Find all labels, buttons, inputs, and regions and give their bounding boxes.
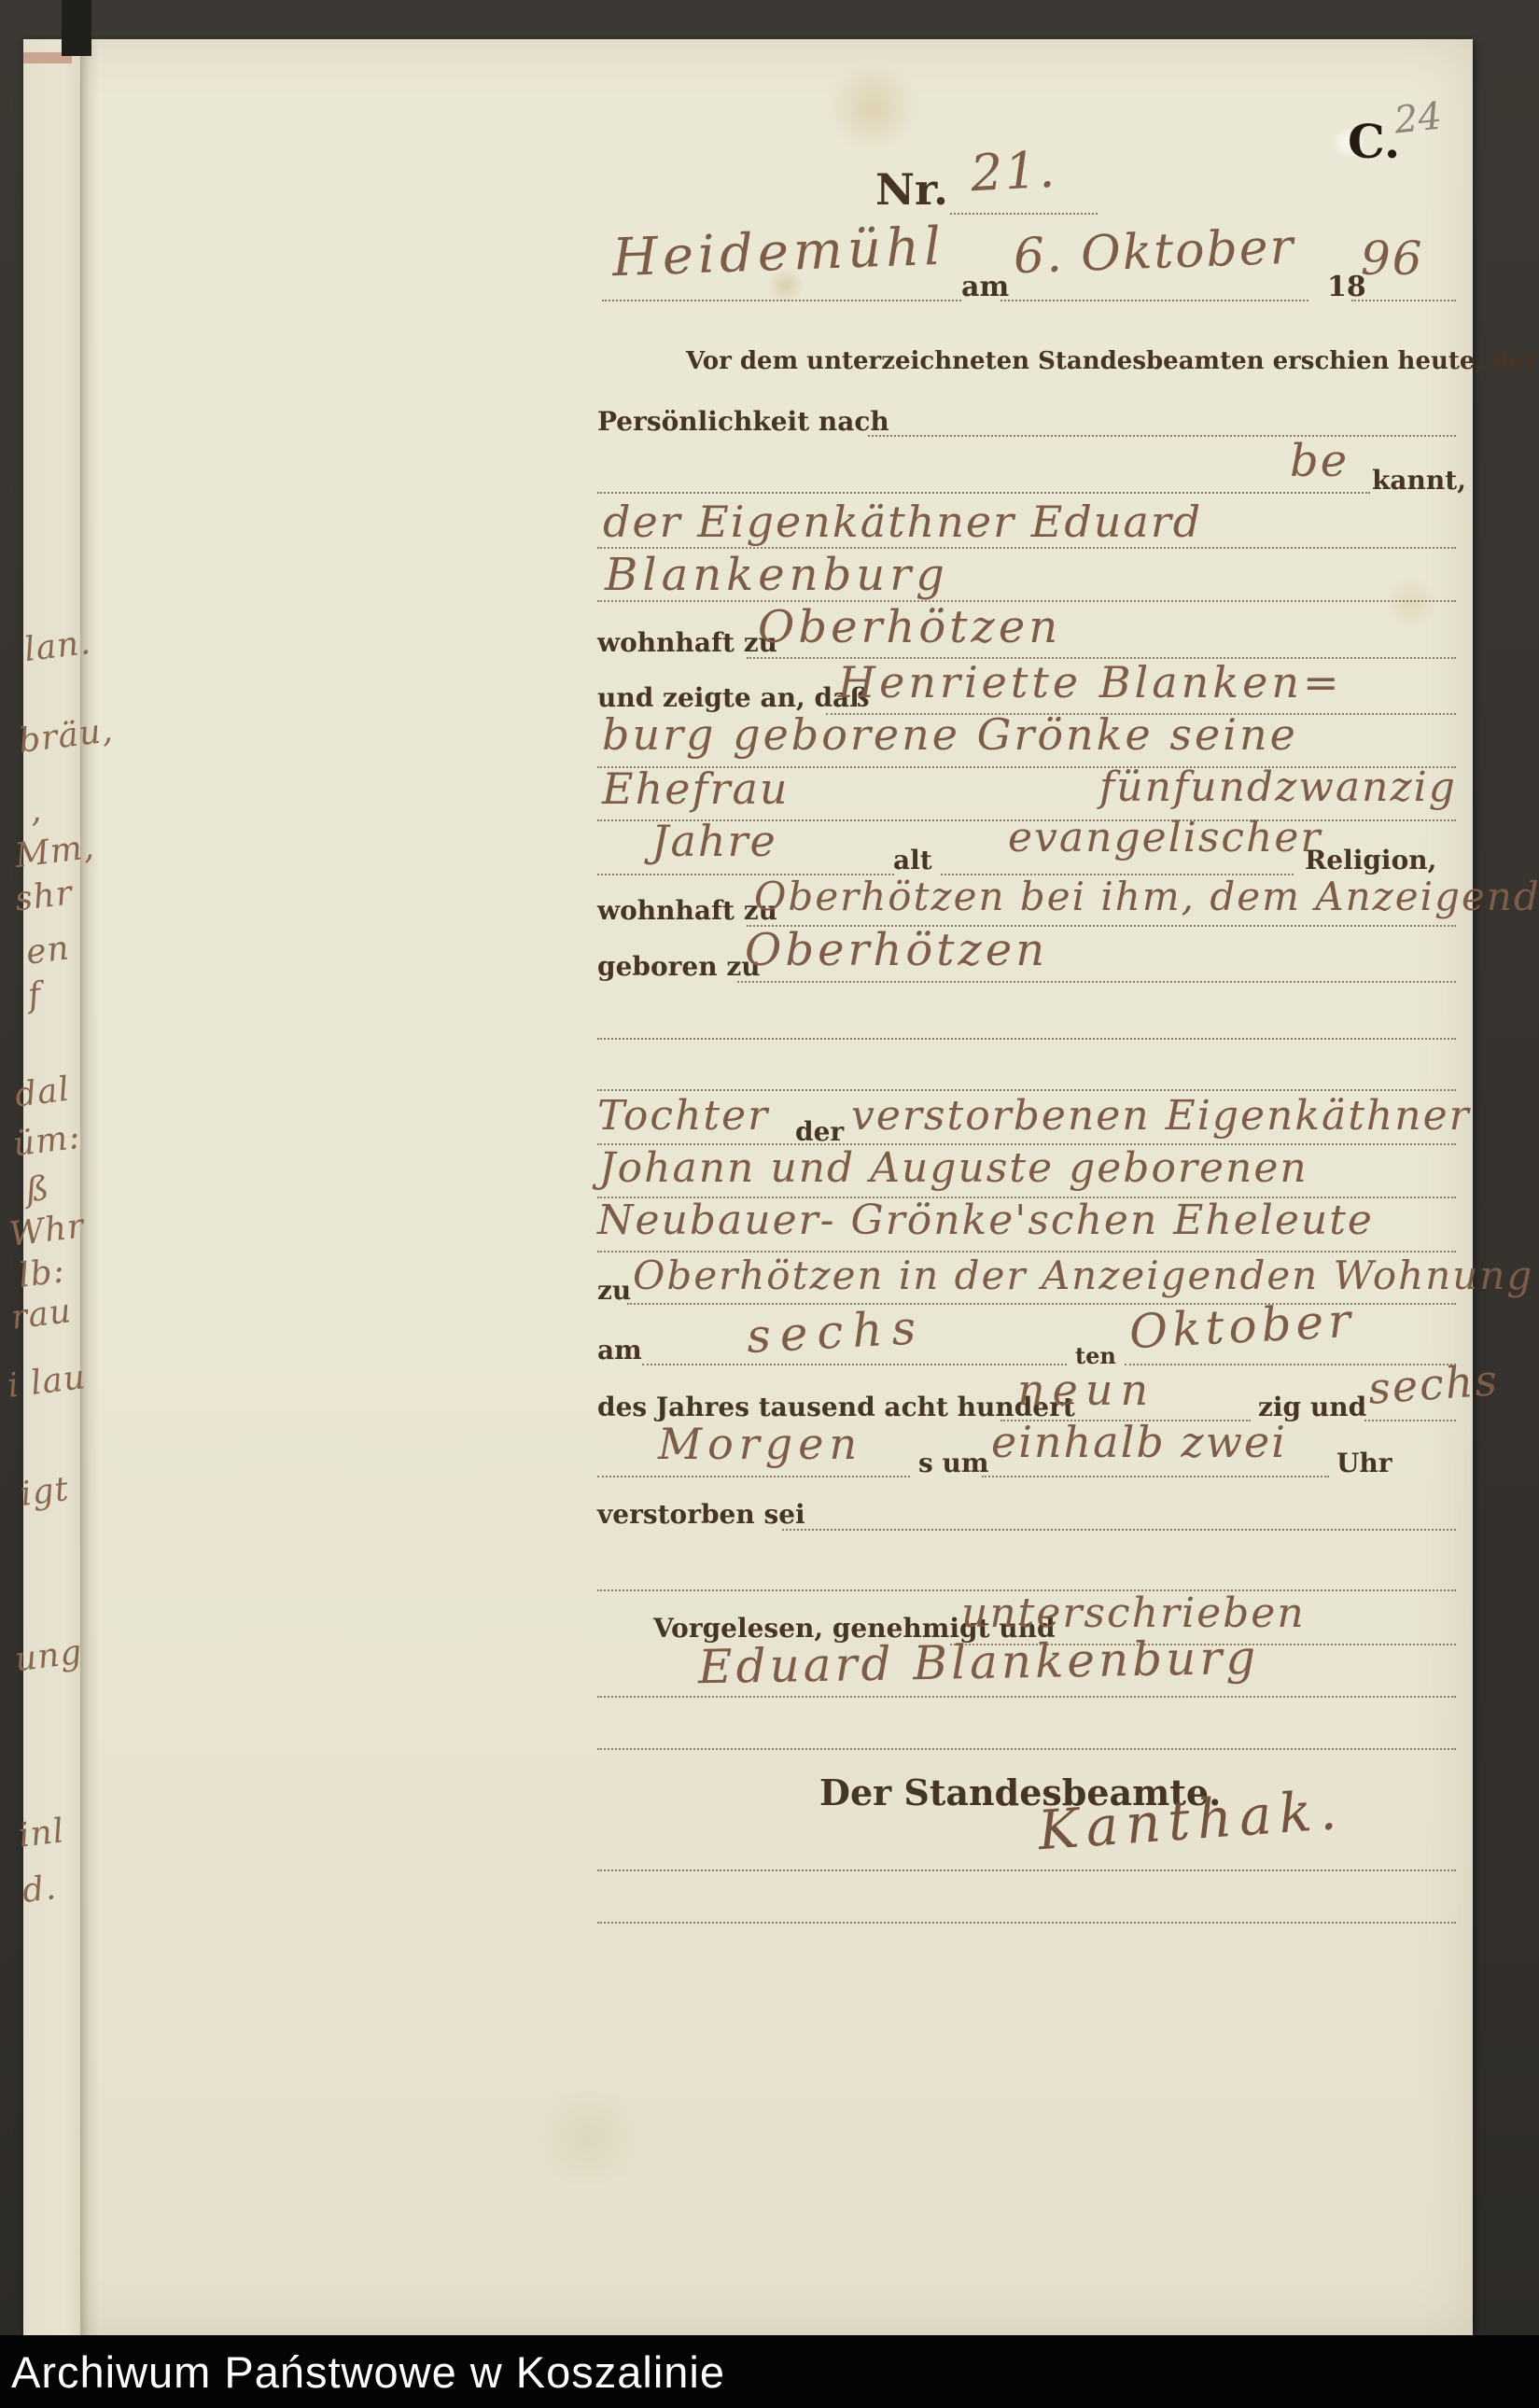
jahre-handwritten: Jahre [651, 816, 777, 866]
zu-label: zu [597, 1275, 631, 1306]
dotted-rule [1351, 300, 1456, 301]
stain-spot [523, 2091, 653, 2184]
margin-fragment: lb: [17, 1252, 67, 1295]
dotted-rule [950, 213, 1098, 215]
form-intro-line: Vor dem unterzeichneten Standesbeamten e… [686, 347, 1537, 375]
dotted-rule [1364, 1420, 1456, 1421]
record-number-value: 21. [969, 140, 1057, 203]
parents-line2: Johann und Auguste geborenen [599, 1144, 1308, 1192]
deceased-residence: Oberhötzen bei ihm, dem Anzeigenden, [754, 874, 1539, 919]
binding-notch [62, 0, 91, 56]
am2-label: am [597, 1335, 642, 1365]
margin-fragment: ung [13, 1633, 85, 1680]
margin-fragment: rau [9, 1292, 74, 1337]
registry-date: 6. Oktober [1013, 219, 1295, 285]
gutter-fold-shadow [80, 39, 99, 2335]
dotted-rule [597, 1089, 1456, 1091]
declarant-residence: Oberhötzen [758, 601, 1061, 653]
death-time: einhalb zwei [991, 1417, 1287, 1467]
deceased-relation: Ehefrau [602, 763, 790, 814]
wohnhaft2-label: wohnhaft zu [597, 895, 777, 926]
dotted-rule [597, 1748, 1456, 1750]
dotted-rule [597, 1038, 1456, 1040]
der-label: der [795, 1116, 844, 1147]
dotted-rule [782, 1529, 1456, 1531]
uhr-label: Uhr [1336, 1448, 1392, 1478]
declarant-name-line1: der Eigenkäthner Eduard [603, 497, 1202, 547]
margin-fragment: ß [24, 1169, 52, 1211]
bekannt-label: kannt, [1372, 465, 1466, 496]
margin-fragment: lan. [22, 623, 93, 669]
persoenlichkeit-label: Persönlichkeit nach [597, 406, 889, 437]
dotted-rule [597, 1476, 910, 1477]
parents-hw2: verstorbenen Eigenkäthner [851, 1092, 1471, 1140]
alt-label: alt [893, 845, 932, 875]
deceased-name-part1: Henriette Blanken= [838, 657, 1343, 707]
verstorben-label: verstorben sei [597, 1499, 805, 1530]
death-place: Oberhötzen in der Anzeigenden Wohnung [633, 1253, 1533, 1298]
margin-fragment: shr [13, 874, 75, 918]
parents-hw1: Tochter [597, 1092, 769, 1140]
pencil-page-number: 24 [1392, 94, 1444, 142]
dotted-rule [597, 1922, 1456, 1924]
archive-watermark-bar: Archiwum Państwowe w Koszalinie [0, 2335, 1539, 2408]
dotted-rule [602, 300, 961, 301]
place-of-registry: Heidemühl [611, 217, 946, 288]
stain-spot [821, 65, 924, 149]
dotted-rule [737, 981, 1456, 983]
wohnhaft-label: wohnhaft zu [597, 627, 777, 658]
record-number-label: Nr. [875, 164, 948, 215]
religion-label: Religion, [1305, 845, 1436, 875]
dotted-rule [982, 1476, 1329, 1477]
margin-fragment: en [24, 929, 72, 972]
geboren-label: geboren zu [597, 951, 761, 982]
bekannt-handwritten: be [1290, 435, 1349, 487]
daytime: Morgen [658, 1419, 862, 1469]
archive-watermark-text: Archiwum Państwowe w Koszalinie [11, 2346, 725, 2398]
dotted-rule [597, 1869, 1456, 1871]
dotted-rule [597, 492, 1370, 494]
deceased-age: fünfundzwanzig [1099, 763, 1457, 811]
declarant-name-line2: Blankenburg [605, 549, 949, 601]
scanned-document-page: lan. bräu, , Mm, shr en f dal üm: ß Whr … [0, 0, 1539, 2408]
stain-spot [1381, 579, 1441, 627]
dotted-rule [868, 435, 1456, 437]
margin-fragment: igt [19, 1470, 72, 1514]
corner-letter: C. [1348, 114, 1400, 169]
religion-handwritten: evangelischer [1008, 814, 1322, 861]
year-suffix: 96 [1361, 231, 1424, 286]
deceased-name-part2: burg geborene Grönke seine [602, 709, 1298, 760]
parents-line3: Neubauer- Grönke'schen Eheleute [597, 1197, 1374, 1244]
dotted-rule [1000, 300, 1308, 301]
death-day: sechs [746, 1300, 927, 1364]
am-label: am [961, 271, 1009, 303]
declarant-signature: Eduard Blankenburg [698, 1631, 1260, 1694]
birthplace: Oberhötzen [745, 924, 1048, 976]
margin-fragment: üm: [11, 1118, 83, 1165]
dotted-rule [597, 1696, 1456, 1698]
margin-fragment: dal [13, 1071, 73, 1115]
margin-fragment: d. [21, 1869, 59, 1911]
dotted-rule [642, 1364, 1067, 1365]
margin-fragment: inl [17, 1812, 67, 1855]
year-tens: neun [1017, 1365, 1155, 1415]
s-um-label: s um [918, 1448, 989, 1478]
year-ones: sechs [1366, 1354, 1500, 1414]
